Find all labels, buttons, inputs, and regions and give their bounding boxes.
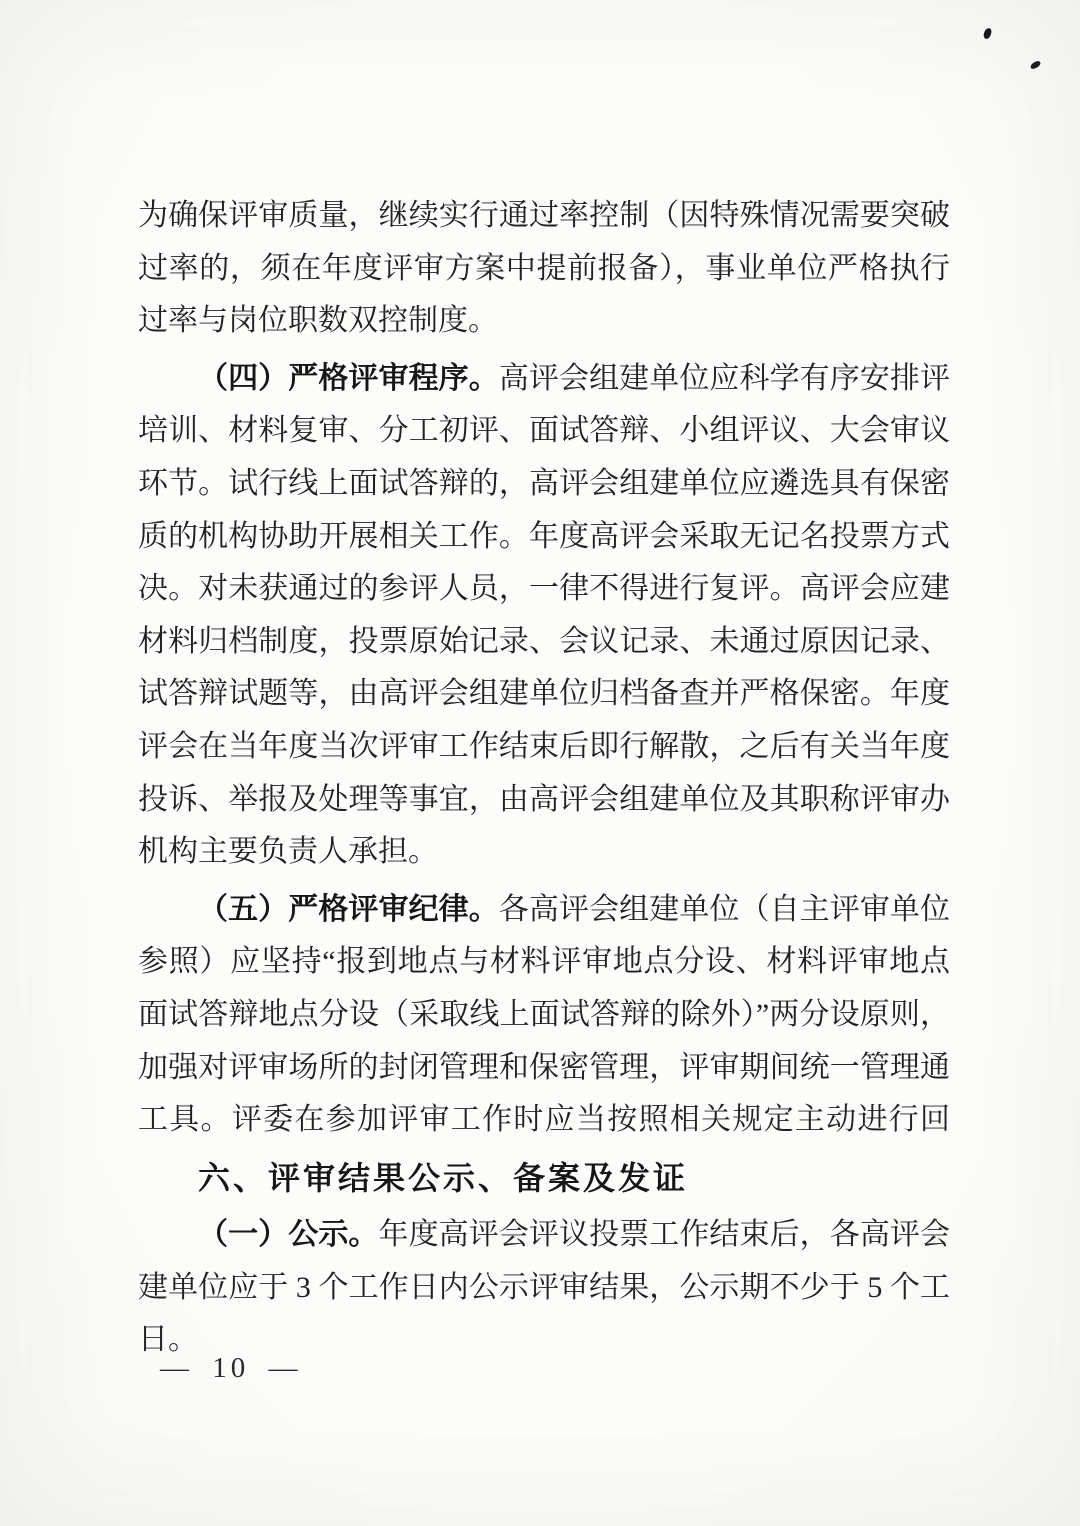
text-segment: 工具。评委在参加评审工作时应当按照相关规定主动进行回避。 bbox=[138, 1103, 950, 1147]
ink-speck-icon bbox=[1029, 60, 1042, 71]
text-line: 培训、材料复审、分工初评、面试答辩、小组评议、大会审议等 bbox=[138, 405, 950, 458]
text-line: 材料归档制度，投票原始记录、会议记录、未通过原因记录、面 bbox=[138, 616, 950, 669]
document-text: 为确保评审质量，继续实行通过率控制（因特殊情况需要突破通过率的，须在年度评审方案… bbox=[138, 190, 950, 1367]
text-line: 工具。评委在参加评审工作时应当按照相关规定主动进行回避。 bbox=[138, 1094, 950, 1147]
text-line: 决。对未获通过的参评人员，一律不得进行复评。高评会应建立 bbox=[138, 563, 950, 616]
text-line: 评会在当年度当次评审工作结束后即行解散，之后有关当年度的 bbox=[138, 721, 950, 774]
text-segment: 质的机构协助开展相关工作。年度高评会采取无记名投票方式表 bbox=[138, 520, 950, 564]
text-line: 机构主要负责人承担。 bbox=[138, 826, 950, 879]
text-line: 投诉、举报及处理等事宜，由高评会组建单位及其职称评审办事 bbox=[138, 774, 950, 827]
text-segment: 参照）应坚持“报到地点与材料评审地点分设、材料评审地点和 bbox=[138, 945, 950, 989]
bold-text-segment: 六、评审结果公示、备案及发证 bbox=[198, 1160, 688, 1196]
text-line: 过率的，须在年度评审方案中提前报备），事业单位严格执行通 bbox=[138, 243, 950, 296]
text-line: （五）严格评审纪律。各高评会组建单位（自主评审单位可 bbox=[138, 884, 950, 937]
text-line: 参照）应坚持“报到地点与材料评审地点分设、材料评审地点和 bbox=[138, 936, 950, 989]
text-segment: 建单位应于 3 个工作日内公示评审结果，公示期不少于 5 个工作 bbox=[138, 1271, 950, 1315]
bold-text-segment: （四）严格评审程序。 bbox=[198, 362, 499, 395]
bold-text-segment: （一）公示。 bbox=[198, 1218, 379, 1251]
text-line: （一）公示。年度高评会评议投票工作结束后，各高评会组 bbox=[138, 1209, 950, 1262]
text-segment: 为确保评审质量，继续实行通过率控制（因特殊情况需要突破通 bbox=[138, 199, 950, 243]
text-segment: 过率与岗位职数双控制度。 bbox=[138, 304, 498, 337]
text-segment: 投诉、举报及处理等事宜，由高评会组建单位及其职称评审办事 bbox=[138, 783, 950, 827]
text-line: 环节。试行线上面试答辩的，高评会组建单位应遴选具有保密资 bbox=[138, 458, 950, 511]
text-line: 试答辩试题等，由高评会组建单位归档备查并严格保密。年度高 bbox=[138, 668, 950, 721]
text-segment: 培训、材料复审、分工初评、面试答辩、小组评议、大会审议等 bbox=[138, 414, 950, 458]
text-line: 建单位应于 3 个工作日内公示评审结果，公示期不少于 5 个工作 bbox=[138, 1262, 950, 1315]
ink-speck-icon bbox=[983, 27, 992, 39]
section-heading: 六、评审结果公示、备案及发证 bbox=[138, 1152, 950, 1205]
text-segment: 评会在当年度当次评审工作结束后即行解散，之后有关当年度的 bbox=[138, 730, 950, 774]
text-segment: 加强对评审场所的封闭管理和保密管理，评审期间统一管理通讯 bbox=[138, 1051, 950, 1095]
text-line: 质的机构协助开展相关工作。年度高评会采取无记名投票方式表 bbox=[138, 511, 950, 564]
document-page: 为确保评审质量，继续实行通过率控制（因特殊情况需要突破通过率的，须在年度评审方案… bbox=[0, 0, 1080, 1526]
text-line: 加强对评审场所的封闭管理和保密管理，评审期间统一管理通讯 bbox=[138, 1042, 950, 1095]
text-line: 过率与岗位职数双控制度。 bbox=[138, 295, 950, 348]
bold-text-segment: （五）严格评审纪律。 bbox=[198, 893, 499, 926]
text-segment: 材料归档制度，投票原始记录、会议记录、未通过原因记录、面 bbox=[138, 625, 950, 669]
text-segment: 机构主要负责人承担。 bbox=[138, 835, 438, 868]
text-segment: 过率的，须在年度评审方案中提前报备），事业单位严格执行通 bbox=[138, 252, 950, 296]
text-segment: 环节。试行线上面试答辩的，高评会组建单位应遴选具有保密资 bbox=[138, 467, 950, 511]
text-segment: 试答辩试题等，由高评会组建单位归档备查并严格保密。年度高 bbox=[138, 677, 950, 721]
text-segment: 面试答辩地点分设（采取线上面试答辩的除外）”两分设原则， bbox=[138, 998, 950, 1031]
page-number: — 10 — bbox=[160, 1352, 302, 1385]
text-segment: 决。对未获通过的参评人员，一律不得进行复评。高评会应建立 bbox=[138, 572, 950, 616]
text-line: 为确保评审质量，继续实行通过率控制（因特殊情况需要突破通 bbox=[138, 190, 950, 243]
text-line: （四）严格评审程序。高评会组建单位应科学有序安排评委 bbox=[138, 353, 950, 406]
text-line: 面试答辩地点分设（采取线上面试答辩的除外）”两分设原则， bbox=[138, 989, 950, 1042]
